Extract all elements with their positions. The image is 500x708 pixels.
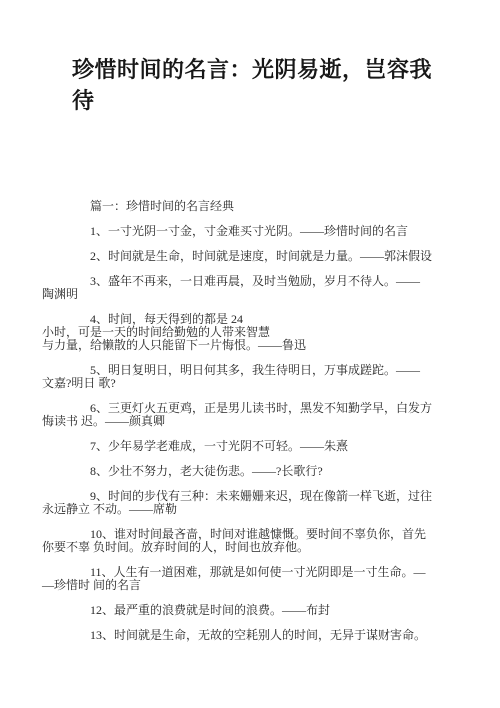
quote-paragraph-9: 9、时间的步伐有三种：未来姗姗来迟，现在像箭一样飞逝，过往 永远静立 不动。——…: [42, 490, 462, 516]
quote-paragraph-6: 6、三更灯火五更鸡，正是男儿读书时，黑发不知勤学早，白发方 悔读书 迟。——颜真…: [42, 402, 462, 428]
section-heading: 篇一：珍惜时间的名言经典: [42, 200, 462, 213]
quote-paragraph-10: 10、谁对时间最吝啬，时间对谁越慷慨。要时间不辜负你，首先 你要不辜 负时间。放…: [42, 528, 462, 554]
quote-paragraph-5: 5、明日复明日，明日何其多，我生待明日，万事成蹉跎。—— 文嘉?明日 歌?: [42, 364, 462, 390]
document-body: 篇一：珍惜时间的名言经典 1、一寸光阴一寸金，寸金难买寸光阴。——珍惜时间的名言…: [0, 116, 500, 642]
document-page: 珍惜时间的名言：光阴易逝，岂容我 待 篇一：珍惜时间的名言经典 1、一寸光阴一寸…: [0, 0, 500, 708]
quote-paragraph-7: 7、少年易学老难成，一寸光阴不可轻。——朱熹: [42, 440, 462, 453]
document-title: 珍惜时间的名言：光阴易逝，岂容我 待: [0, 0, 500, 116]
quote-paragraph-2: 2、时间就是生命，时间就是速度，时间就是力量。——郭沫假设: [42, 250, 462, 263]
quote-paragraph-3: 3、盛年不再来，一日难再晨，及时当勉励，岁月不待人。—— 陶渊明: [42, 275, 462, 301]
quote-paragraph-4: 4、时间，每天得到的都是 24 小时，可是一天的时间给勤勉的人带来智慧 与力量，…: [42, 313, 462, 352]
quote-paragraph-11: 11、人生有一道困难，那就是如何使一寸光阴即是一寸生命。— —珍惜时 间的名言: [42, 566, 462, 592]
quote-paragraph-13: 13、时间就是生命，无故的空耗别人的时间，无异于谋财害命。: [42, 629, 462, 642]
quote-paragraph-12: 12、最严重的浪费就是时间的浪费。——布封: [42, 604, 462, 617]
quote-paragraph-1: 1、一寸光阴一寸金，寸金难买寸光阴。——珍惜时间的名言: [42, 225, 462, 238]
quote-paragraph-8: 8、少壮不努力，老大徒伤悲。——?长歌行?: [42, 465, 462, 478]
